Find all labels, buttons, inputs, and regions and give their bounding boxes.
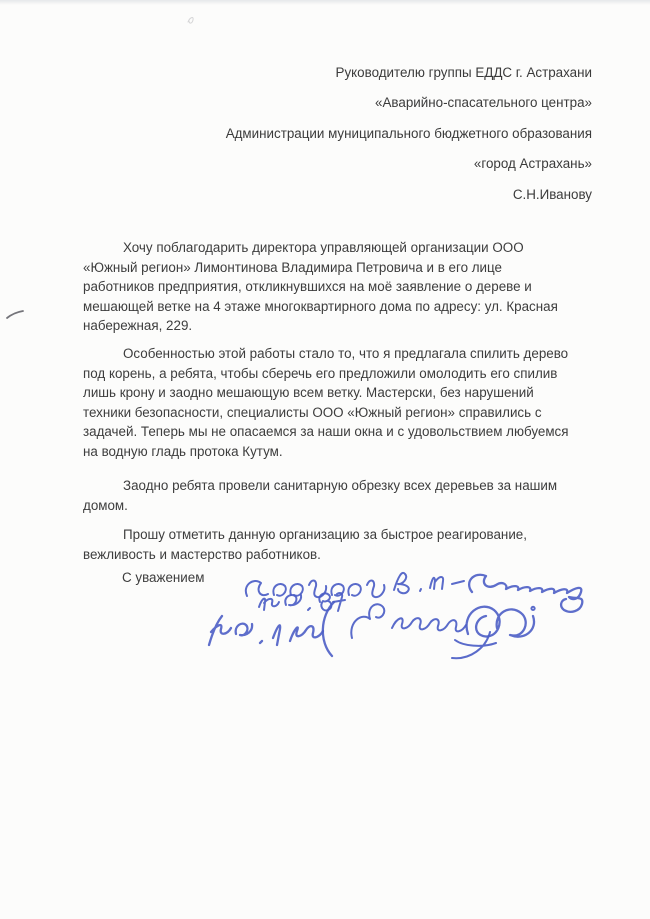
signature-flourish-ink — [469, 575, 582, 612]
recipient-line: Администрации муниципального бюджетного … — [226, 119, 592, 149]
paragraph-work-details: Особенностью этой работы стало то, что я… — [83, 344, 641, 462]
closing-salutation: С уважением — [122, 570, 204, 585]
second-surname-ink — [323, 602, 466, 656]
recipient-line: «Аварийно-спасательного центра» — [226, 88, 592, 118]
apartment-122-ink — [209, 616, 323, 645]
scanned-letter-page: Руководителю группы ЕДДС г. Астрахани «А… — [0, 0, 650, 919]
recipient-line: «город Астрахань» — [226, 149, 592, 179]
paragraph-gratitude: Хочу поблагодарить директора управляющей… — [83, 238, 641, 336]
scan-smudge — [188, 18, 193, 24]
paragraph-request: Прошу отметить данную организацию за быс… — [83, 525, 641, 564]
pen-mark — [7, 311, 23, 318]
recipient-line: С.Н.Иванову — [226, 180, 592, 210]
period-dot — [531, 607, 534, 610]
paragraph-extra-work: Заодно ребята провели санитарную обрезку… — [83, 476, 641, 515]
scan-edge-shadow — [0, 0, 650, 5]
signature-initials-ink — [394, 573, 464, 593]
second-signature-flourish-ink — [452, 607, 535, 659]
apartment-84-ink — [259, 593, 345, 611]
signature-surname-ink — [246, 581, 385, 598]
recipient-block: Руководителю группы ЕДДС г. Астрахани «А… — [226, 58, 592, 210]
recipient-line: Руководителю группы ЕДДС г. Астрахани — [226, 58, 592, 88]
